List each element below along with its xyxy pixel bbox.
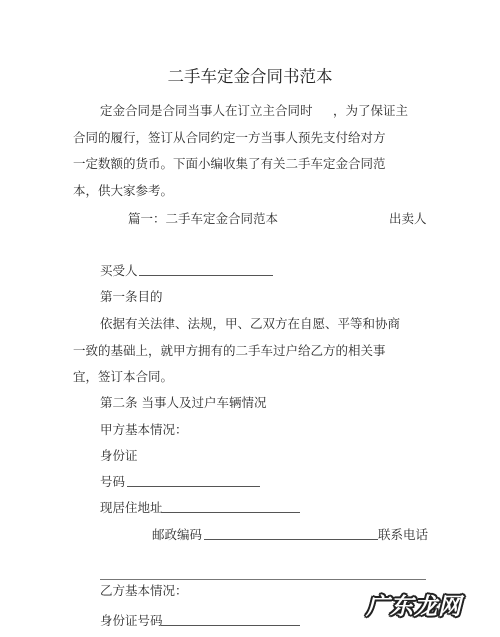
address-fill-line <box>161 512 300 513</box>
intro-line-1a: 定金合同是合同当事人在订立主合同时 <box>100 103 313 119</box>
address-label: 现居住地址 <box>100 500 163 516</box>
article-1-line-2: 一致的基础上，就甲方拥有的二手车过户给乙方的相关事 <box>73 343 386 359</box>
document-title: 二手车定金合同书范本 <box>0 66 500 88</box>
buyer-label: 买受人 <box>100 263 138 279</box>
number-label: 号码 <box>100 474 125 490</box>
intro-line-1b: ，为了保证主 <box>333 103 408 119</box>
article-1-line-1: 依据有关法律、法规，甲、乙双方在自愿、平等和协商 <box>100 316 400 332</box>
party-b-id-fill-line <box>161 625 300 626</box>
seller-label: 出卖人 <box>389 211 427 227</box>
intro-line-2: 合同的履行，签订从合同约定一方当事人预先支付给对方 <box>73 130 386 146</box>
intro-line-3: 一定数额的货币。下面小编收集了有关二手车定金合同范 <box>73 156 386 172</box>
section-heading: 篇一：二手车定金合同范本 <box>128 211 278 227</box>
id-card-label: 身份证 <box>100 448 138 464</box>
party-b-id-label: 身份证号码 <box>100 613 163 629</box>
article-2-heading: 第二条 当事人及过户车辆情况 <box>100 395 266 411</box>
article-1-line-3: 宜，签订本合同。 <box>73 369 173 385</box>
party-b-heading: 乙方基本情况： <box>100 583 188 599</box>
phone-fill-line <box>100 579 426 580</box>
article-1-heading: 第一条目的 <box>100 289 163 305</box>
intro-line-4: 本，供大家参考。 <box>73 183 173 199</box>
phone-label: 联系电话 <box>378 527 428 543</box>
buyer-fill-line <box>139 275 273 276</box>
watermark-logo: 广东龙网 <box>366 593 462 621</box>
document-page: 二手车定金合同书范本 定金合同是合同当事人在订立主合同时 ，为了保证主 合同的履… <box>0 0 500 637</box>
postcode-label: 邮政编码 <box>152 527 202 543</box>
postcode-fill-line <box>204 539 378 540</box>
id-number-fill-line <box>127 486 260 487</box>
party-a-heading: 甲方基本情况： <box>100 422 188 438</box>
